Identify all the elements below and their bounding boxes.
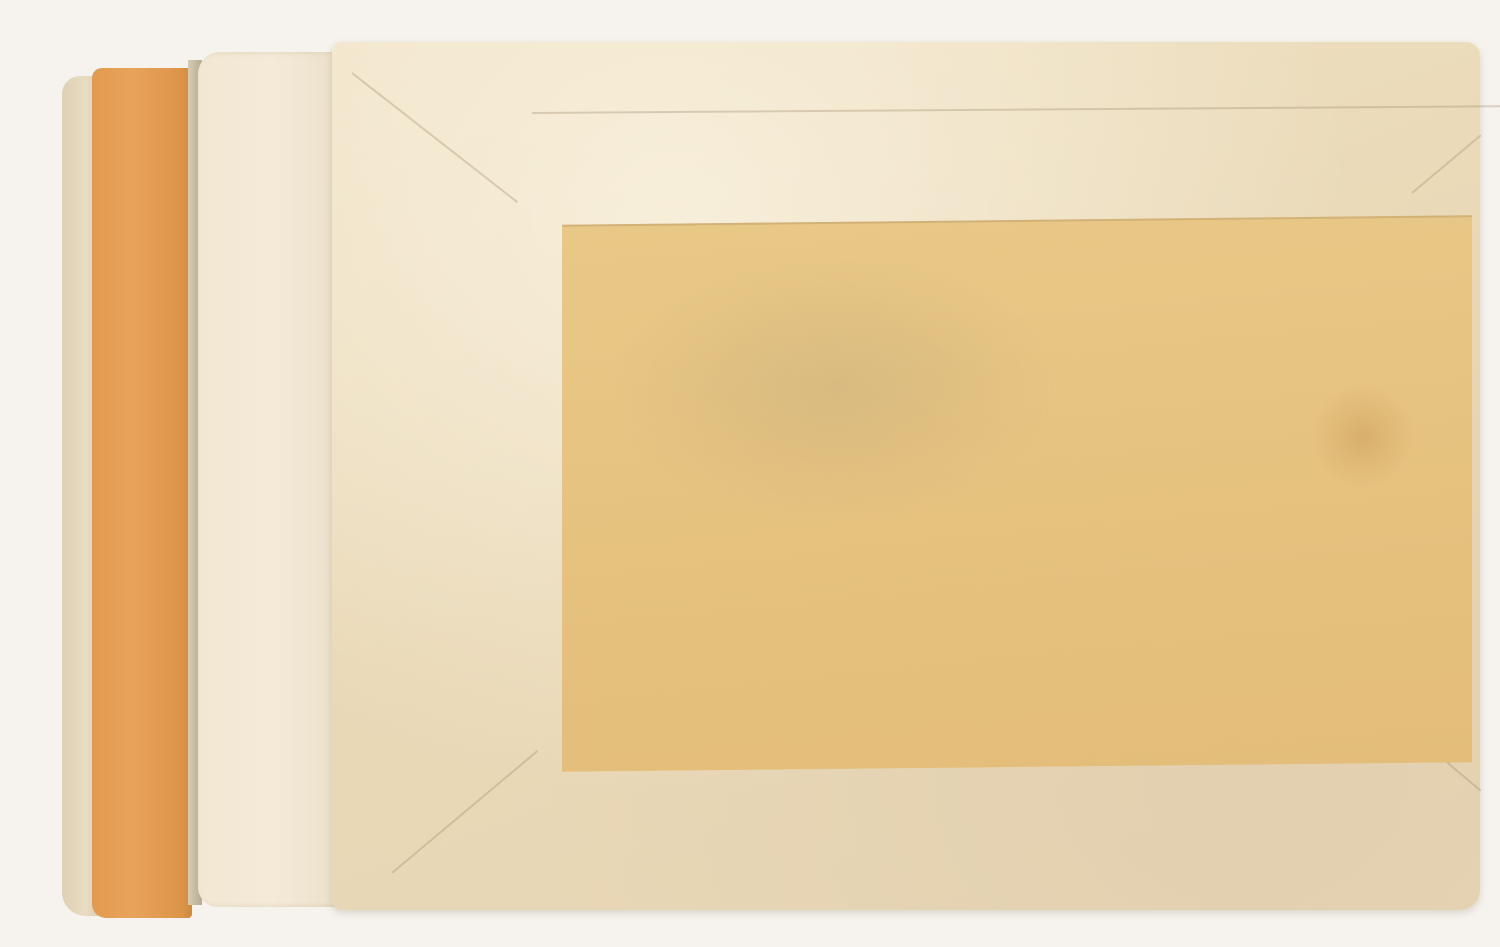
fold-crease-top-left — [351, 72, 518, 203]
fold-crease-bottom-left — [391, 750, 538, 874]
paper-label — [562, 215, 1472, 772]
flap-edge-top — [532, 105, 1500, 114]
orange-band — [92, 68, 192, 918]
lid-side-panel — [198, 52, 348, 907]
cardboard-box — [62, 40, 1480, 910]
fold-crease-top-right — [1411, 134, 1481, 193]
photo-scene — [0, 0, 1500, 947]
